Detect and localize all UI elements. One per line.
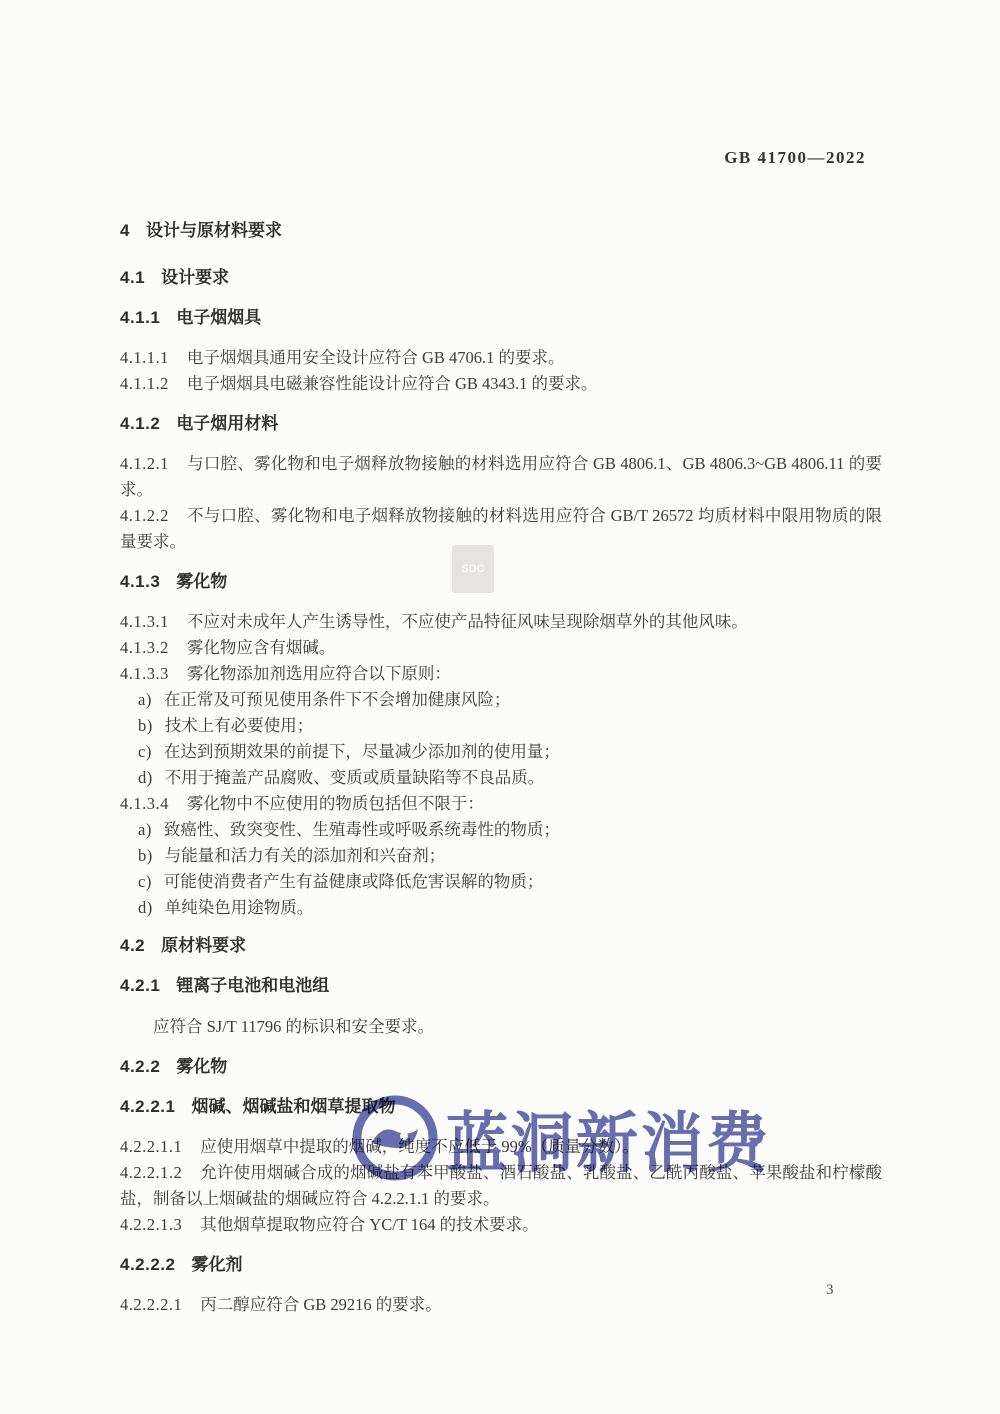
clause-text: 可能使消费者产生有益健康或降低危害误解的物质； xyxy=(164,872,544,891)
clause-number: 4.2.2.2.1 xyxy=(120,1292,182,1318)
clause-text: 雾化物添加剂选用应符合以下原则： xyxy=(187,664,451,683)
clause-text: 应使用烟草中提取的烟碱，纯度不应低于 99%（质量分数）。 xyxy=(200,1137,639,1156)
clause-text: 雾化剂 xyxy=(192,1255,243,1274)
page-number: 3 xyxy=(826,1282,834,1299)
clause-text: 与口腔、雾化物和电子烟释放物接触的材料选用应符合 GB 4806.1、GB 48… xyxy=(120,454,882,499)
clause-number: 4.2.2.1.2 xyxy=(120,1160,182,1186)
list-item: b)与能量和活力有关的添加剂和兴奋剂； xyxy=(120,843,882,869)
clause-paragraph: 4.1.2.1与口腔、雾化物和电子烟释放物接触的材料选用应符合 GB 4806.… xyxy=(120,451,882,503)
clause-number: 4.1.3.2 xyxy=(120,635,169,661)
clause-text: 电子烟用材料 xyxy=(176,414,278,433)
clause-number: 4.1.2.1 xyxy=(120,451,169,477)
clause-number: b) xyxy=(138,713,153,739)
clause-text: 技术上有必要使用； xyxy=(165,716,314,735)
section-heading: 4.2原材料要求 xyxy=(120,933,882,959)
clause-paragraph: 4.2.2.1.3其他烟草提取物应符合 YC/T 164 的技术要求。 xyxy=(120,1212,882,1238)
list-item: a)在正常及可预见使用条件下不会增加健康风险； xyxy=(120,687,882,713)
clause-paragraph: 4.2.2.1.2允许使用烟碱合成的烟碱盐有苯甲酸盐、酒石酸盐、乳酸盐、乙酰丙酸… xyxy=(120,1160,882,1212)
clause-number: 4.2.1 xyxy=(120,973,160,999)
clause-text: 在正常及可预见使用条件下不会增加健康风险； xyxy=(164,690,511,709)
clause-number: 4.2.2 xyxy=(120,1054,160,1080)
clause-paragraph: 4.1.1.2电子烟烟具电磁兼容性能设计应符合 GB 4343.1 的要求。 xyxy=(120,371,882,397)
list-item: b)技术上有必要使用； xyxy=(120,713,882,739)
clause-paragraph: 4.1.2.2不与口腔、雾化物和电子烟释放物接触的材料选用应符合 GB/T 26… xyxy=(120,503,882,555)
clause-text: 锂离子电池和电池组 xyxy=(176,976,329,995)
clause-paragraph: 4.1.1.1电子烟烟具通用安全设计应符合 GB 4706.1 的要求。 xyxy=(120,345,882,371)
clause-number: c) xyxy=(138,869,152,895)
list-item: c)可能使消费者产生有益健康或降低危害误解的物质； xyxy=(120,869,882,895)
clause-number: d) xyxy=(138,765,153,791)
clause-text: 不应对未成年人产生诱导性，不应使产品特征风味呈现除烟草外的其他风味。 xyxy=(187,612,748,631)
clause-paragraph: 4.1.3.4雾化物中不应使用的物质包括但不限于： xyxy=(120,791,882,817)
clause-number: 4.2.2.1 xyxy=(120,1094,176,1120)
clause-text: 电子烟烟具 xyxy=(176,308,261,327)
clause-number: b) xyxy=(138,843,153,869)
clause-text: 烟碱、烟碱盐和烟草提取物 xyxy=(192,1097,396,1116)
clause-number: 4.1.2.2 xyxy=(120,503,169,529)
clause-number: 4.1.1 xyxy=(120,305,160,331)
section-heading: 4.1.2电子烟用材料 xyxy=(120,411,882,437)
clause-text: 丙二醇应符合 GB 29216 的要求。 xyxy=(200,1295,442,1314)
clause-text: 不与口腔、雾化物和电子烟释放物接触的材料选用应符合 GB/T 26572 均质材… xyxy=(120,506,882,551)
clause-paragraph: 4.1.3.2雾化物应含有烟碱。 xyxy=(120,635,882,661)
clause-text: 雾化物应含有烟碱。 xyxy=(187,638,336,657)
clause-text: 雾化物中不应使用的物质包括但不限于： xyxy=(187,794,484,813)
clause-number: 4.2.2.1.3 xyxy=(120,1212,182,1238)
clause-number: d) xyxy=(138,895,153,921)
section-heading: 4.2.1锂离子电池和电池组 xyxy=(120,973,882,999)
section-heading: 4.1.1电子烟烟具 xyxy=(120,305,882,331)
clause-number: 4.2.2.2 xyxy=(120,1252,176,1278)
section-heading: 4.2.2.1烟碱、烟碱盐和烟草提取物 xyxy=(120,1094,882,1120)
clause-text: 致癌性、致突变性、生殖毒性或呼吸系统毒性的物质； xyxy=(164,820,560,839)
clause-text: 不用于掩盖产品腐败、变质或质量缺陷等不良品质。 xyxy=(165,768,545,787)
clause-text: 其他烟草提取物应符合 YC/T 164 的技术要求。 xyxy=(200,1215,538,1234)
clause-text: 与能量和活力有关的添加剂和兴奋剂； xyxy=(165,846,446,865)
list-item: d)单纯染色用途物质。 xyxy=(120,895,882,921)
indented-paragraph: 应符合 SJ/T 11796 的标识和安全要求。 xyxy=(120,1014,882,1040)
clause-paragraph: 4.2.2.1.1应使用烟草中提取的烟碱，纯度不应低于 99%（质量分数）。 xyxy=(120,1134,882,1160)
clause-paragraph: 4.1.3.3雾化物添加剂选用应符合以下原则： xyxy=(120,661,882,687)
clause-number: 4.2 xyxy=(120,933,145,959)
clause-paragraph: 4.1.3.1不应对未成年人产生诱导性，不应使产品特征风味呈现除烟草外的其他风味… xyxy=(120,609,882,635)
clause-text: 雾化物 xyxy=(176,1057,227,1076)
document-page: GB 41700—2022 SDC 4设计与原材料要求4.1设计要求4.1.1电… xyxy=(0,0,1000,1414)
clause-text: 在达到预期效果的前提下，尽量减少添加剂的使用量； xyxy=(164,742,560,761)
clause-number: a) xyxy=(138,687,152,713)
document-body: 4设计与原材料要求4.1设计要求4.1.1电子烟烟具4.1.1.1电子烟烟具通用… xyxy=(120,218,882,1318)
clause-paragraph: 4.2.2.2.1丙二醇应符合 GB 29216 的要求。 xyxy=(120,1292,882,1318)
list-item: a)致癌性、致突变性、生殖毒性或呼吸系统毒性的物质； xyxy=(120,817,882,843)
section-heading: 4.2.2.2雾化剂 xyxy=(120,1252,882,1278)
list-item: c)在达到预期效果的前提下，尽量减少添加剂的使用量； xyxy=(120,739,882,765)
standard-number-header: GB 41700—2022 xyxy=(724,148,866,168)
clause-number: 4 xyxy=(120,218,130,244)
clause-text: 原材料要求 xyxy=(161,936,246,955)
clause-text: 雾化物 xyxy=(176,572,227,591)
clause-number: a) xyxy=(138,817,152,843)
section-heading: 4设计与原材料要求 xyxy=(120,218,882,244)
clause-number: 4.1.3.4 xyxy=(120,791,169,817)
section-heading: 4.1.3雾化物 xyxy=(120,569,882,595)
clause-number: 4.1.1.1 xyxy=(120,345,169,371)
clause-text: 设计与原材料要求 xyxy=(146,221,282,240)
clause-number: 4.1.3 xyxy=(120,569,160,595)
clause-number: 4.1.3.1 xyxy=(120,609,169,635)
list-item: d)不用于掩盖产品腐败、变质或质量缺陷等不良品质。 xyxy=(120,765,882,791)
section-heading: 4.2.2雾化物 xyxy=(120,1054,882,1080)
clause-text: 单纯染色用途物质。 xyxy=(165,898,314,917)
clause-number: 4.2.2.1.1 xyxy=(120,1134,182,1160)
clause-text: 设计要求 xyxy=(161,268,229,287)
clause-text: 电子烟烟具电磁兼容性能设计应符合 GB 4343.1 的要求。 xyxy=(187,374,598,393)
clause-text: 应符合 SJ/T 11796 的标识和安全要求。 xyxy=(153,1017,434,1036)
clause-number: 4.1.2 xyxy=(120,411,160,437)
clause-number: 4.1 xyxy=(120,265,145,291)
clause-text: 允许使用烟碱合成的烟碱盐有苯甲酸盐、酒石酸盐、乳酸盐、乙酰丙酸盐、苹果酸盐和柠檬… xyxy=(120,1163,882,1208)
clause-text: 电子烟烟具通用安全设计应符合 GB 4706.1 的要求。 xyxy=(187,348,565,367)
clause-number: 4.1.3.3 xyxy=(120,661,169,687)
clause-number: 4.1.1.2 xyxy=(120,371,169,397)
section-heading: 4.1设计要求 xyxy=(120,265,882,291)
clause-number: c) xyxy=(138,739,152,765)
